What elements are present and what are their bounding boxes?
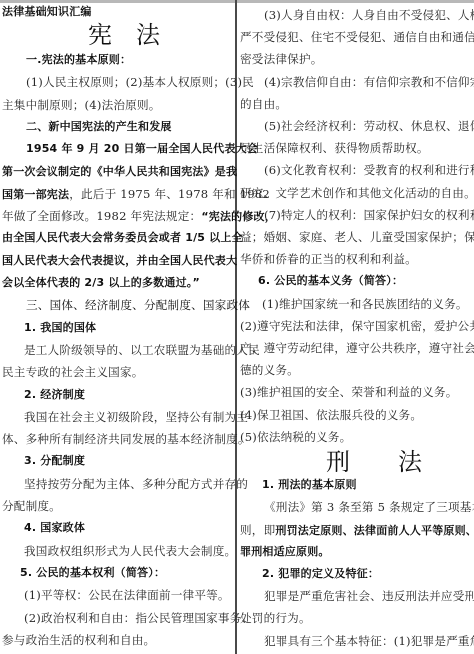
text-line: 体、多种所有制经济共同发展的基本经济制度。	[2, 432, 250, 446]
text-line: (5)社会经济权利：劳动权、休息权、退休人	[264, 119, 474, 133]
heading-line: 5. 公民的基本权利（简答）：	[20, 566, 165, 580]
text-line: 处罚的行为。	[240, 611, 311, 625]
heading-line: 由全国人民代表大会常务委员会或者 1/5 以上全	[2, 231, 243, 245]
text-line: 研究、文学艺术创作和其他文化活动的自由。	[240, 186, 474, 200]
text-line: 则，即刑罚法定原则、法律面前人人平等原则、	[240, 523, 474, 538]
heading-line: 罪刑相适应原则。	[240, 545, 330, 559]
heading-line: 会以全体代表的 2/3 以上的多数通过。”	[2, 276, 200, 290]
heading-line: 3. 分配制度	[24, 454, 85, 468]
text-span: 年做了全面修改。1982 年宪法规定：	[2, 209, 201, 223]
text-line: 益；婚姻、家庭、老人、儿童受国家保护；保护	[240, 230, 474, 244]
text-line: (1)平等权：公民在法律面前一律平等。	[24, 588, 230, 602]
text-line: 参与政治生活的权利和自由。	[2, 633, 155, 647]
text-span: 则，即	[240, 523, 275, 537]
heading-line: 1. 刑法的基本原则	[262, 478, 357, 492]
heading-line: 1954 年 9 月 20 日第一届全国人民代表大会	[26, 142, 258, 156]
text-line: (5)依法纳税的义务。	[240, 430, 351, 444]
text-line: (1)维护国家统一和各民族团结的义务。	[262, 297, 468, 311]
text-line: 密受法律保护。	[240, 52, 323, 66]
text-line: 华侨和侨眷的正当的权利和利益。	[240, 252, 417, 266]
heading-line: 2. 经济制度	[24, 388, 85, 402]
text-line: (2)政治权利和自由：指公民管理国家事务、	[24, 611, 253, 625]
heading-line: 4. 国家政体	[24, 521, 85, 535]
text-line: (6)文化教育权利：受教育的权利和进行科学	[264, 163, 474, 177]
right-column: 刑 法 (3)人身自由权：人身自由不受侵犯、人格尊严不受侵犯、住宅不受侵犯、通信…	[238, 0, 474, 654]
text-line: 德的义务。	[240, 363, 299, 377]
bold-text: 国第一部宪法	[2, 188, 69, 201]
text-line: 三、国体、经济制度、分配制度、国家政体	[26, 298, 250, 312]
heading-line: 国人民代表大会代表提议，并由全国人民代表大	[2, 254, 237, 268]
text-line: 员生活保障权利、获得物质帮助权。	[240, 141, 429, 155]
text-line: (3)人身自由权：人身自由不受侵犯、人格尊	[264, 8, 474, 22]
text-line: 主集中制原则；(4)法治原则。	[2, 98, 161, 112]
text-line: 民主专政的社会主义国家。	[2, 365, 144, 379]
document-header: 法律基础知识汇编	[2, 5, 92, 19]
text-line: (1)人民主权原则；(2)基本人权原则；(3)民	[26, 75, 254, 89]
text-line: 的自由。	[240, 97, 287, 111]
text-line: (3)维护祖国的安全、荣誉和利益的义务。	[240, 385, 458, 399]
text-line: 产，遵守劳动纪律，遵守公共秩序，遵守社会公	[240, 341, 474, 355]
text-line: 《刑法》第 3 条至第 5 条规定了三项基本原	[264, 500, 474, 514]
text-line: (4)保卫祖国、依法服兵役的义务。	[240, 408, 422, 422]
heading-line: 第一次会议制定的《中华人民共和国宪法》是我	[2, 165, 237, 179]
text-line: 我国在社会主义初级阶段，坚持公有制为主	[24, 410, 248, 424]
text-line: (2)遵守宪法和法律，保守国家机密，爱护公共财	[240, 319, 474, 333]
text-line: (7)特定人的权利：国家保护妇女的权利和利	[264, 208, 474, 222]
text-line: 我国政权组织形式为人民代表大会制度。	[24, 544, 236, 558]
bold-text: 刑罚法定原则、法律面前人人平等原则、	[275, 524, 474, 537]
text-line: 是工人阶级领导的、以工农联盟为基础的人民	[24, 343, 260, 357]
heading-line: 6. 公民的基本义务（简答）：	[258, 274, 403, 288]
text-line: 年做了全面修改。1982 年宪法规定：“宪法的修改，	[2, 209, 276, 224]
heading-line: 2. 犯罪的定义及特征：	[262, 567, 379, 581]
text-line: (4)宗教信仰自由：有信仰宗教和不信仰宗教	[264, 75, 474, 89]
text-line: 严不受侵犯、住宅不受侵犯、通信自由和通信秘	[240, 30, 474, 44]
section-title-criminal-law: 刑 法	[326, 449, 422, 475]
heading-line: 二、新中国宪法的产生和发展	[26, 120, 172, 134]
heading-line: 1. 我国的国体	[24, 321, 96, 335]
heading-line: 一.宪法的基本原则：	[26, 53, 131, 67]
section-title-constitution: 宪 法	[88, 22, 160, 48]
left-column: 法律基础知识汇编 宪 法 一.宪法的基本原则：(1)人民主权原则；(2)基本人权…	[0, 0, 235, 654]
text-line: 犯罪是严重危害社会、违反刑法并应受刑罚	[264, 589, 474, 603]
text-line: 国第一部宪法，此后于 1975 年、1978 年和 1982	[2, 187, 270, 202]
text-line: 犯罪具有三个基本特征：(1)犯罪是严重危害	[264, 634, 474, 648]
text-line: 坚持按劳分配为主体、多种分配方式并存的	[24, 477, 248, 491]
text-line: 分配制度。	[2, 499, 61, 513]
